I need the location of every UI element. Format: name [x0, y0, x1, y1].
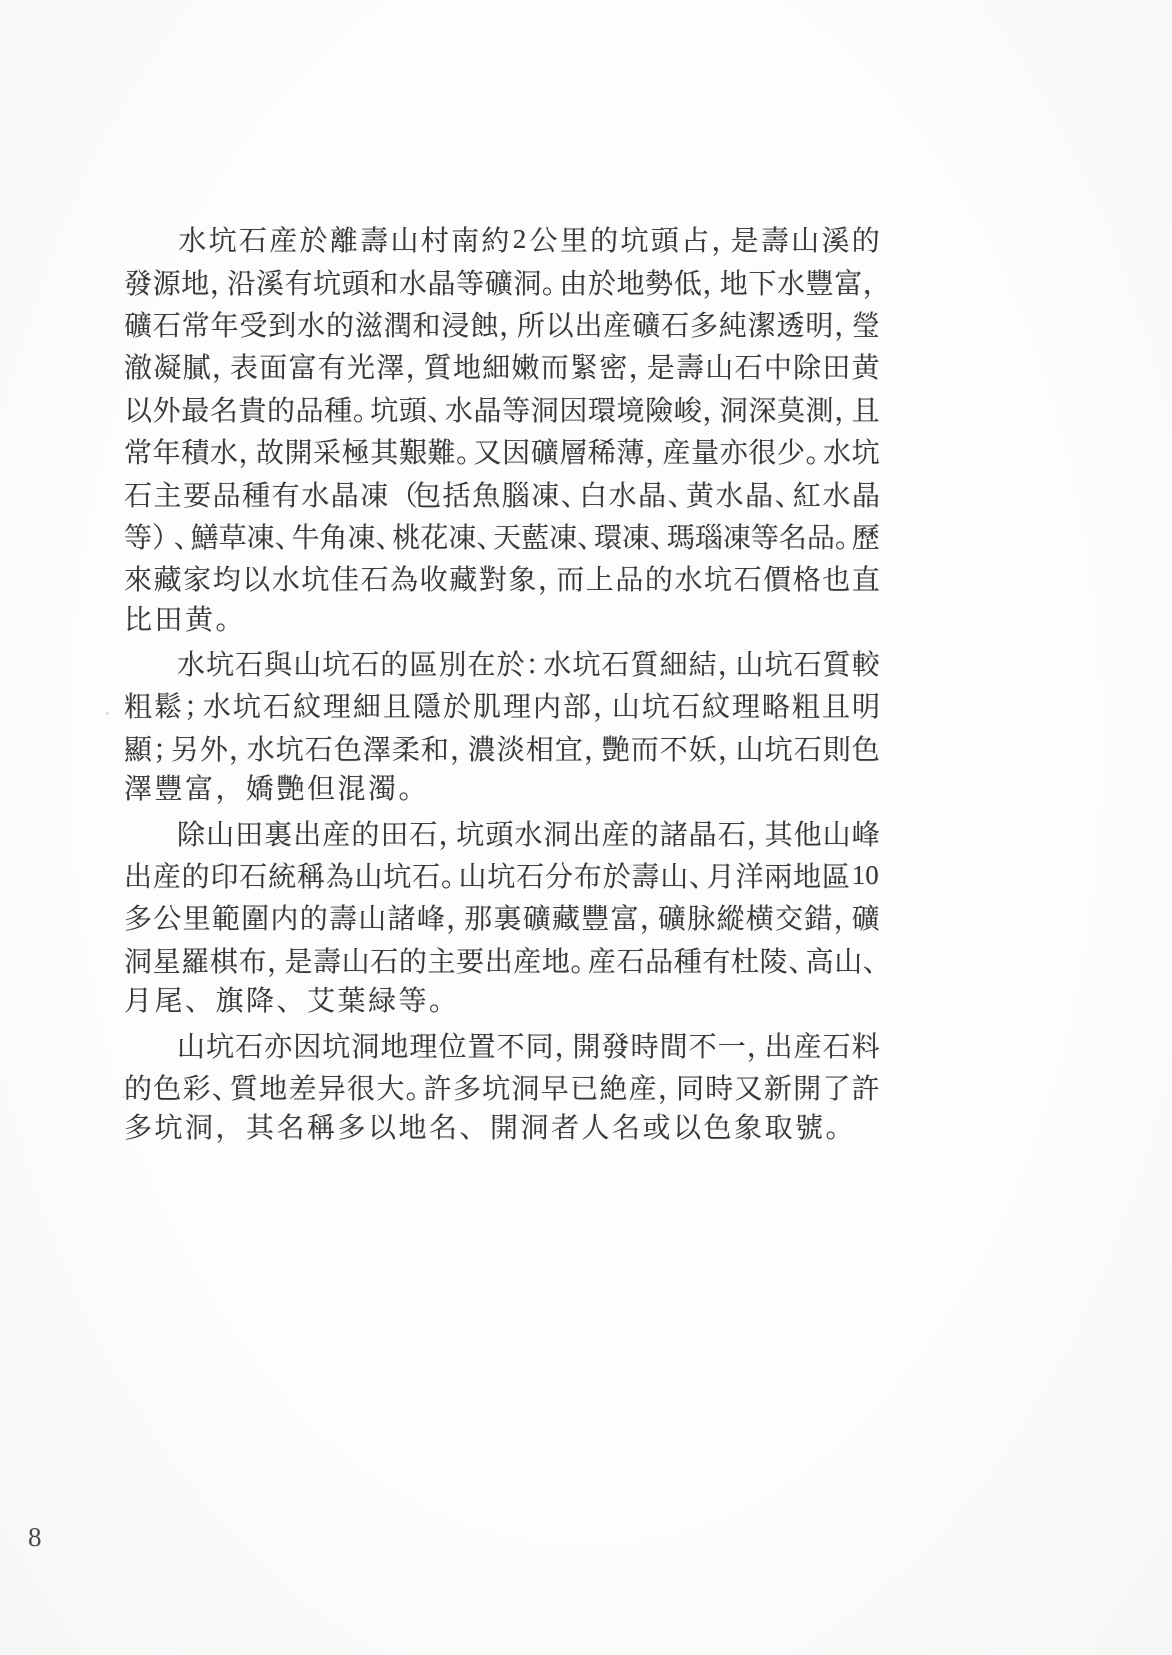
text-line: 比田黄。: [124, 600, 880, 642]
paragraph-indent: [124, 663, 176, 664]
text-line: 的色彩、質地差异很大。許多坑洞早已絶産，同時又新開了許: [124, 1066, 880, 1108]
paragraph: 水坑石與山坑石的區別在於：水坑石質細結，山坑石質較粗鬆；水坑石紋理細且隱於肌理内…: [124, 642, 880, 812]
text-block: 水坑石産於離壽山村南約2公里的坑頭占，是壽山溪的發源地，沿溪有坑頭和水晶等礦洞。…: [124, 218, 880, 1151]
text-line: 除山田裏出産的田石，坑頭水洞出産的諸晶石，其他山峰: [124, 811, 880, 853]
text-line: 多公里範圍内的壽山諸峰，那裏礦藏豐富，礦脉縱横交錯，礦: [124, 896, 880, 938]
text-line: 以外最名貴的品種。坑頭、水晶等洞因環境險峻，洞深莫測，且: [124, 388, 880, 430]
paragraph: 山坑石亦因坑洞地理位置不同，開發時間不一，出産石料的色彩、質地差异很大。許多坑洞…: [124, 1023, 880, 1150]
paragraph-indent: [124, 832, 176, 833]
text-line: 粗鬆；水坑石紋理細且隱於肌理内部，山坑石紋理略粗且明: [124, 684, 880, 726]
text-line: 洞星羅棋布，是壽山石的主要出産地。産石品種有杜陵、高山、: [124, 939, 880, 981]
text-line: 澤豐富，嬌艷但混濁。: [124, 769, 880, 811]
text-line: 常年積水，故開采極其艱難。又因礦層稀薄，産量亦很少。水坑: [124, 430, 880, 472]
text-line: 來藏家均以水坑佳石為收藏對象，而上品的水坑石價格也直: [124, 557, 880, 599]
paragraph: 水坑石産於離壽山村南約2公里的坑頭占，是壽山溪的發源地，沿溪有坑頭和水晶等礦洞。…: [124, 218, 880, 642]
text-line: 水坑石與山坑石的區別在於：水坑石質細結，山坑石質較: [124, 642, 880, 684]
text-line: 月尾、旗降、艾葉緑等。: [124, 981, 880, 1023]
page-number: 8: [28, 1522, 43, 1553]
paragraph-indent: [124, 239, 176, 240]
text-line: 水坑石産於離壽山村南約2公里的坑頭占，是壽山溪的: [124, 218, 880, 260]
scan-speck: [106, 712, 109, 715]
text-line: 出産的印石統稱為山坑石。山坑石分布於壽山、月洋兩地區10: [124, 854, 880, 896]
scan-speck: [122, 1096, 125, 1098]
text-line: 山坑石亦因坑洞地理位置不同，開發時間不一，出産石料: [124, 1023, 880, 1065]
text-line: 多坑洞，其名稱多以地名、開洞者人名或以色象取號。: [124, 1108, 880, 1150]
text-line: 發源地，沿溪有坑頭和水晶等礦洞。由於地勢低，地下水豐富，: [124, 260, 880, 302]
document-page: 水坑石産於離壽山村南約2公里的坑頭占，是壽山溪的發源地，沿溪有坑頭和水晶等礦洞。…: [0, 0, 1172, 1655]
text-line: 澈凝膩，表面富有光澤，質地細嫩而緊密，是壽山石中除田黄: [124, 345, 880, 387]
text-line: 礦石常年受到水的滋潤和浸蝕，所以出産礦石多純潔透明，瑩: [124, 303, 880, 345]
text-line: 等）、鱔草凍、牛角凍、桃花凍、天藍凍、環凍、瑪瑙凍等名品。歷: [124, 515, 880, 557]
text-line: 顯；另外，水坑石色澤柔和，濃淡相宜，艷而不妖，山坑石則色: [124, 727, 880, 769]
paragraph-indent: [124, 1044, 176, 1045]
paragraph: 除山田裏出産的田石，坑頭水洞出産的諸晶石，其他山峰出産的印石統稱為山坑石。山坑石…: [124, 811, 880, 1023]
text-line: 石主要品種有水晶凍（包括魚腦凍、白水晶、黄水晶、紅水晶: [124, 472, 880, 514]
